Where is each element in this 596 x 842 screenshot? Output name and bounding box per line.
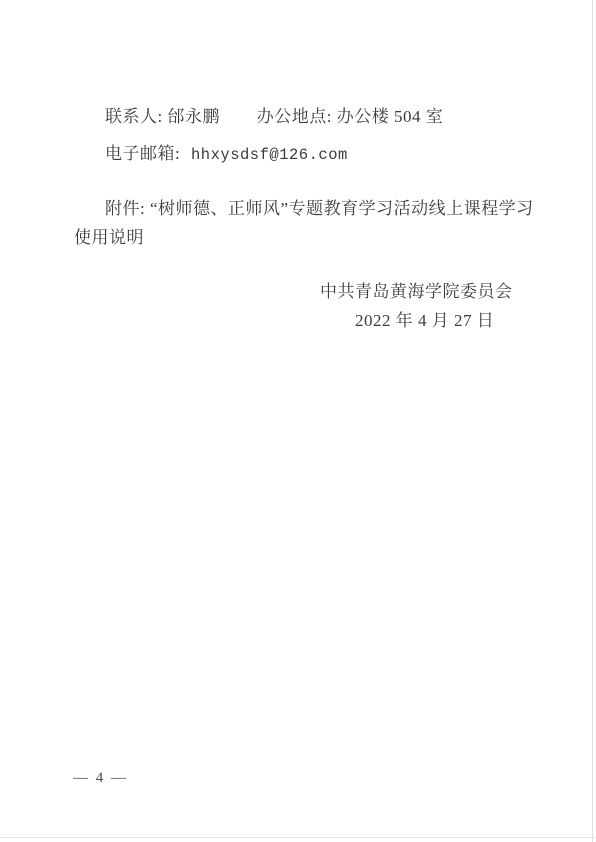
attachment-line-2: 使用说明	[74, 227, 144, 249]
scan-edge-right	[592, 0, 593, 842]
scan-edge-bottom	[0, 837, 596, 838]
email-line: 电子邮箱: hhxysdsf@126.com	[105, 143, 348, 166]
signature-issuer: 中共青岛黄海学院委员会	[320, 281, 513, 303]
contact-person: 联系人: 邰永鹏	[105, 107, 220, 126]
contact-line: 联系人: 邰永鹏 办公地点: 办公楼 504 室	[105, 106, 443, 128]
attachment-line-1: 附件: “树师德、正师风”专题教育学习活动线上课程学习	[105, 198, 534, 220]
signature-date: 2022 年 4 月 27 日	[355, 310, 494, 332]
page-number: — 4 —	[73, 767, 128, 789]
document-page: 联系人: 邰永鹏 办公地点: 办公楼 504 室 电子邮箱: hhxysdsf@…	[0, 0, 596, 842]
email-label: 电子邮箱:	[105, 144, 180, 163]
office-location: 办公地点: 办公楼 504 室	[257, 107, 443, 126]
email-value: hhxysdsf@126.com	[191, 146, 348, 164]
